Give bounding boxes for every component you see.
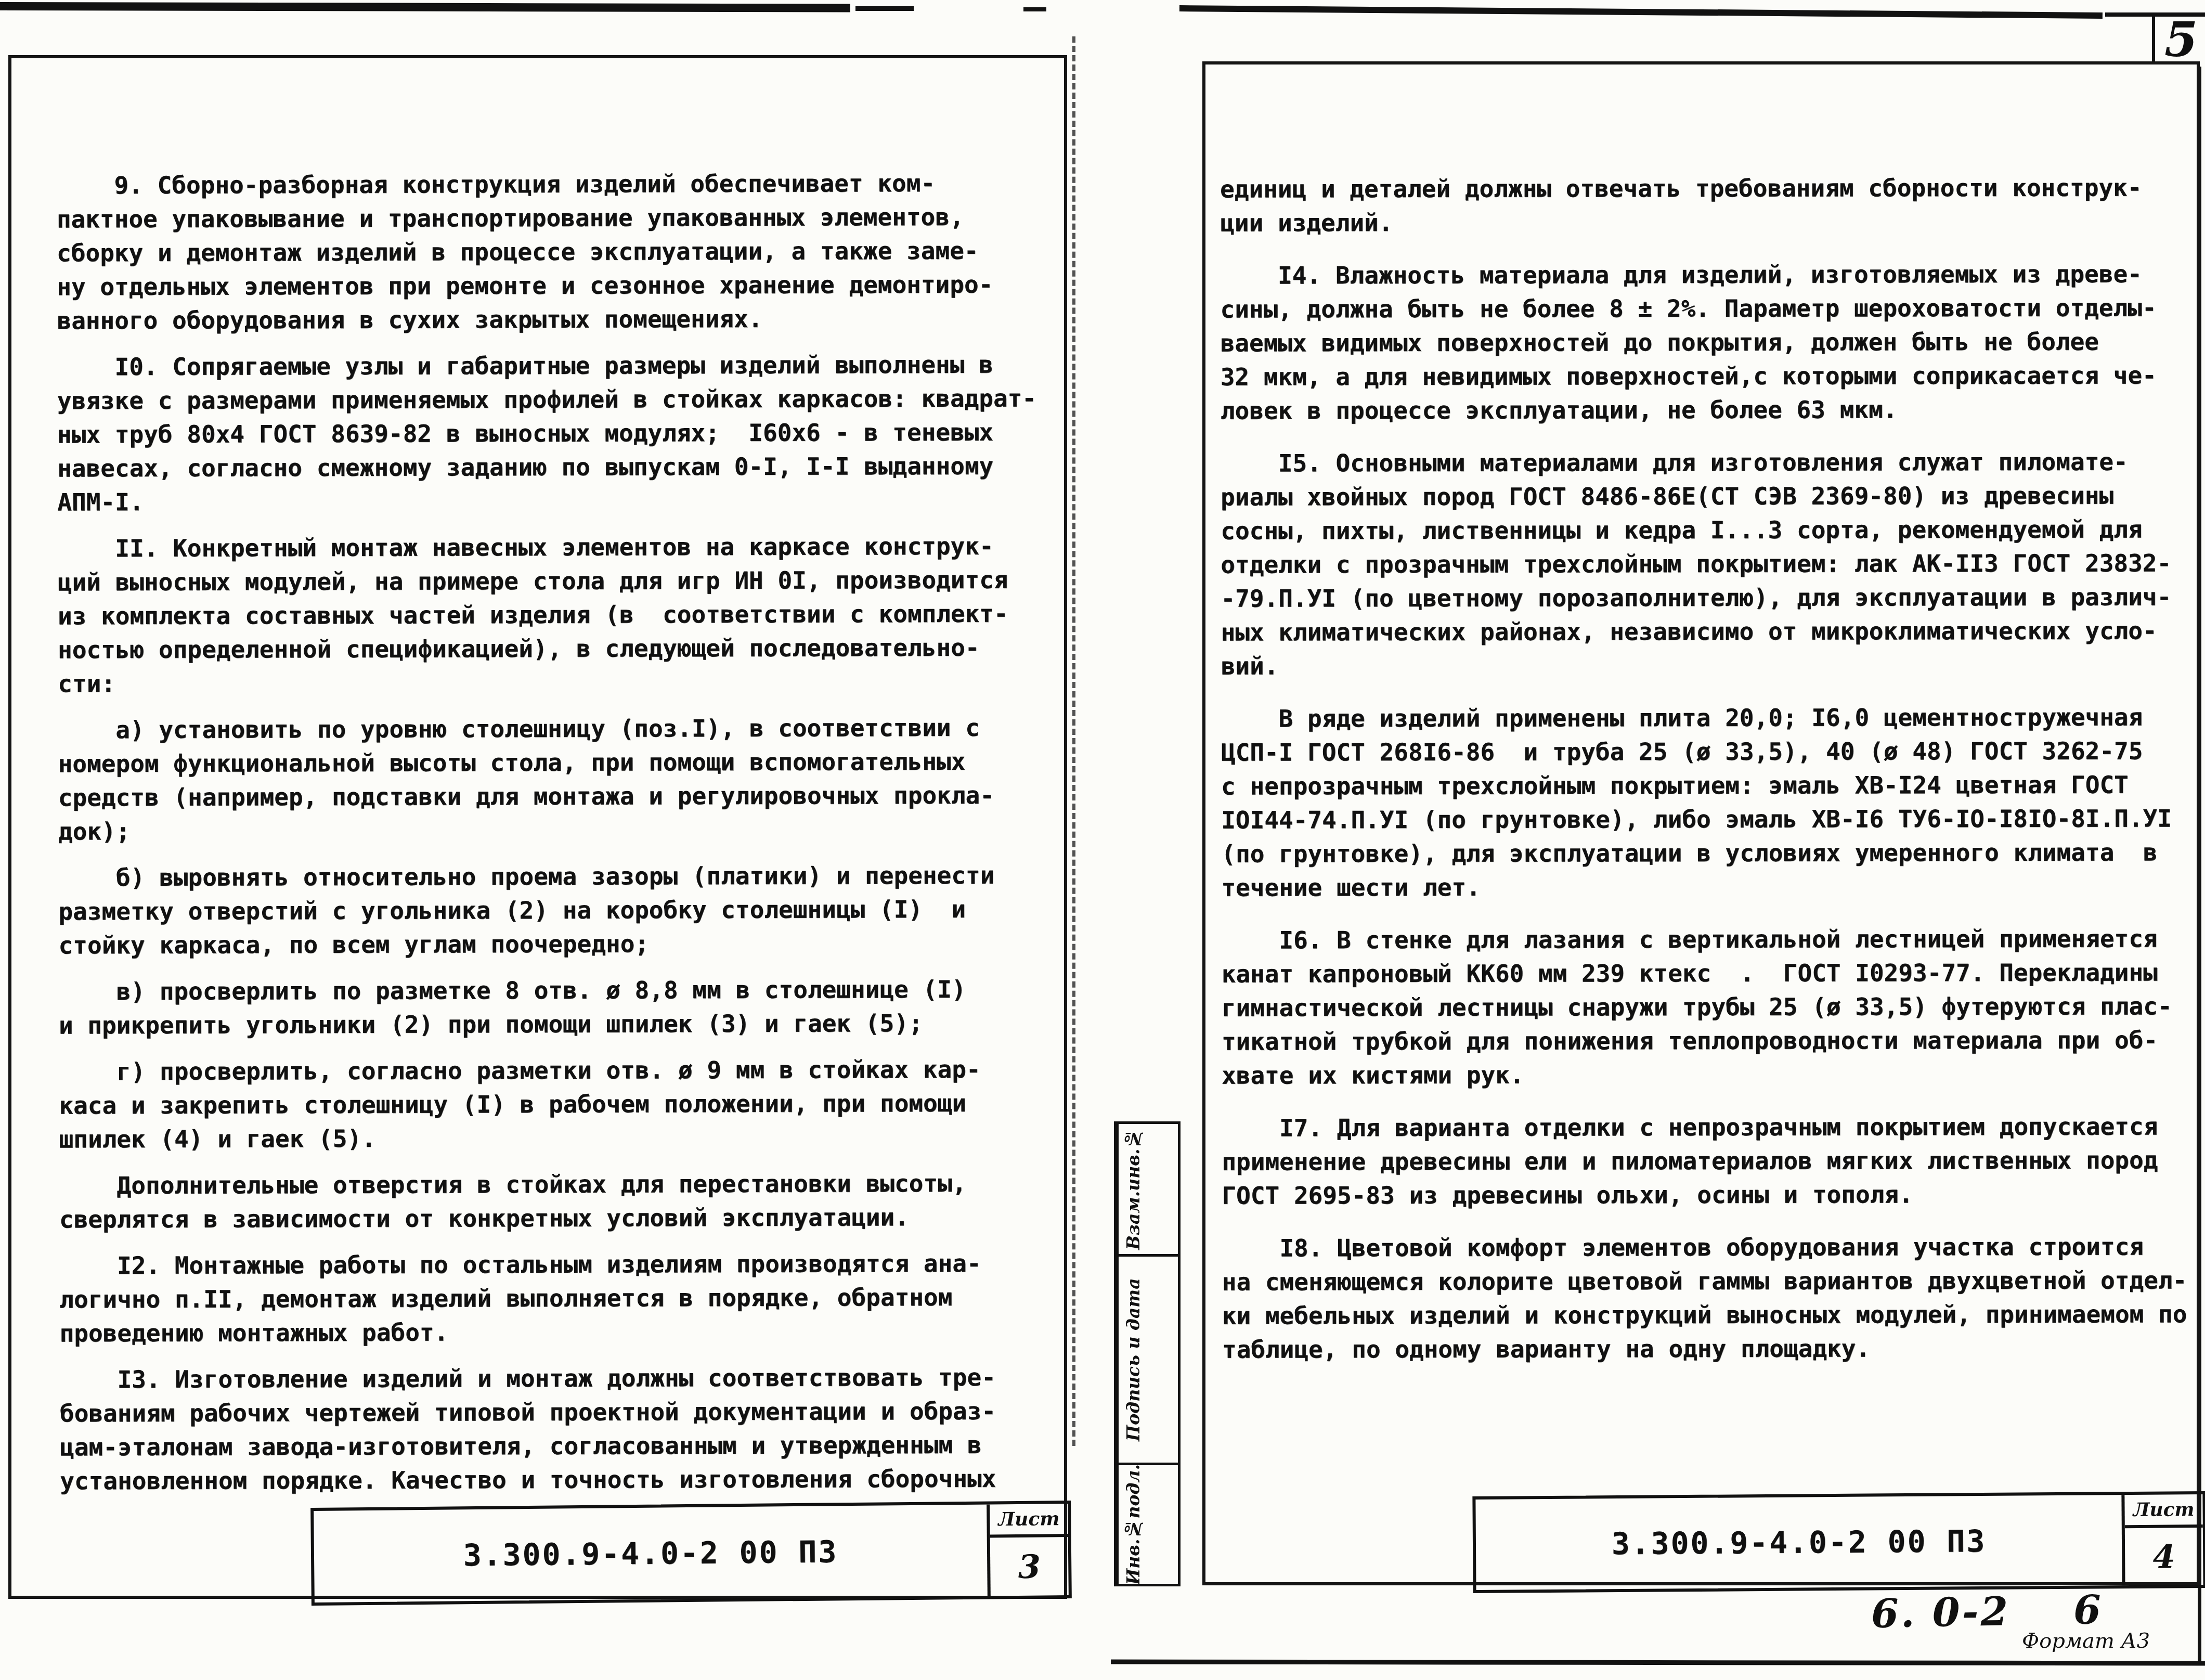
sheet-label: Лист bbox=[990, 1504, 1068, 1537]
sheet-edge-dashes bbox=[1072, 36, 1075, 1446]
scanned-document: 5 9. Сборно-разборная конструкция издели… bbox=[0, 0, 2205, 1680]
torn-edge-top-right bbox=[1179, 5, 2103, 19]
sheet-number: 3 bbox=[990, 1537, 1069, 1596]
paragraph: б) выровнять относительно проема зазоры … bbox=[58, 859, 1031, 963]
page-left-text: 9. Сборно-разборная конструкция изделий … bbox=[57, 166, 1033, 1511]
torn-edge-top-left-2 bbox=[855, 6, 914, 11]
stamp-cell-inv-podl: Инв.№подл. bbox=[1117, 1465, 1178, 1584]
doc-number: 3.300.9-4.0-2 00 ПЗ bbox=[314, 1505, 988, 1603]
page-right-text: единиц и деталей должны отвечать требова… bbox=[1220, 171, 2200, 1385]
format-label: Формат А3 bbox=[2022, 1629, 2150, 1653]
title-block-right: 3.300.9-4.0-2 00 ПЗ Лист 4 bbox=[1472, 1491, 2205, 1593]
paragraph: I5. Основными материалами для изготовлен… bbox=[1221, 445, 2199, 683]
paragraph: единиц и деталей должны отвечать требова… bbox=[1220, 171, 2198, 240]
paragraph: в) просверлить по разметке 8 отв. ø 8,8 … bbox=[59, 973, 1031, 1043]
title-block-left: 3.300.9-4.0-2 00 ПЗ Лист 3 bbox=[310, 1501, 1072, 1606]
paragraph: I7. Для варианта отделки с непрозрачным … bbox=[1222, 1109, 2199, 1212]
stamp-column: Взам.инв.№ Подпись и дата Инв.№подл. bbox=[1114, 1121, 1181, 1586]
stamp-cell-vzam-inv: Взам.инв.№ bbox=[1117, 1124, 1178, 1257]
corner-page-number: 5 bbox=[2164, 11, 2198, 68]
paragraph: I2. Монтажные работы по остальным издели… bbox=[59, 1247, 1032, 1351]
paragraph: 9. Сборно-разборная конструкция изделий … bbox=[57, 166, 1030, 338]
torn-edge-dash bbox=[1023, 7, 1046, 11]
paragraph: Дополнительные отверстия в стойках для п… bbox=[59, 1167, 1032, 1237]
paragraph: г) просверлить, согласно разметки отв. ø… bbox=[59, 1053, 1032, 1157]
stamp-cell-podpis-data: Подпись и дата bbox=[1117, 1257, 1178, 1465]
torn-edge-top-left bbox=[0, 2, 850, 12]
paragraph: а) установить по уровню столешницу (поз.… bbox=[58, 711, 1031, 849]
paragraph: I4. Влажность материала для изделий, изг… bbox=[1220, 257, 2198, 428]
sheet-number: 4 bbox=[2125, 1528, 2203, 1585]
paragraph: В ряде изделий применены плита 20,0; I6,… bbox=[1221, 700, 2199, 904]
stamp-label-vzam-inv: Взам.инв.№ bbox=[1117, 1124, 1148, 1254]
sheet-bottom-edge bbox=[1111, 1660, 2205, 1666]
paragraph: I3. Изготовление изделий и монтаж должны… bbox=[60, 1361, 1033, 1498]
sheet-label: Лист bbox=[2124, 1494, 2202, 1528]
paragraph: I0. Сопрягаемые узлы и габаритные размер… bbox=[57, 348, 1030, 520]
paragraph: II. Конкретный монтаж навесных элементов… bbox=[57, 529, 1030, 701]
stamp-label-inv-podl: Инв.№подл. bbox=[1117, 1465, 1148, 1584]
stamp-label-podpis-data: Подпись и дата bbox=[1117, 1257, 1148, 1463]
doc-number: 3.300.9-4.0-2 00 ПЗ bbox=[1475, 1495, 2122, 1590]
paragraph: I6. В стенке для лазания с вертикальной … bbox=[1221, 922, 2199, 1092]
corner-cell-divider bbox=[2152, 15, 2155, 64]
paragraph: I8. Цветовой комфорт элементов оборудова… bbox=[1222, 1230, 2200, 1366]
